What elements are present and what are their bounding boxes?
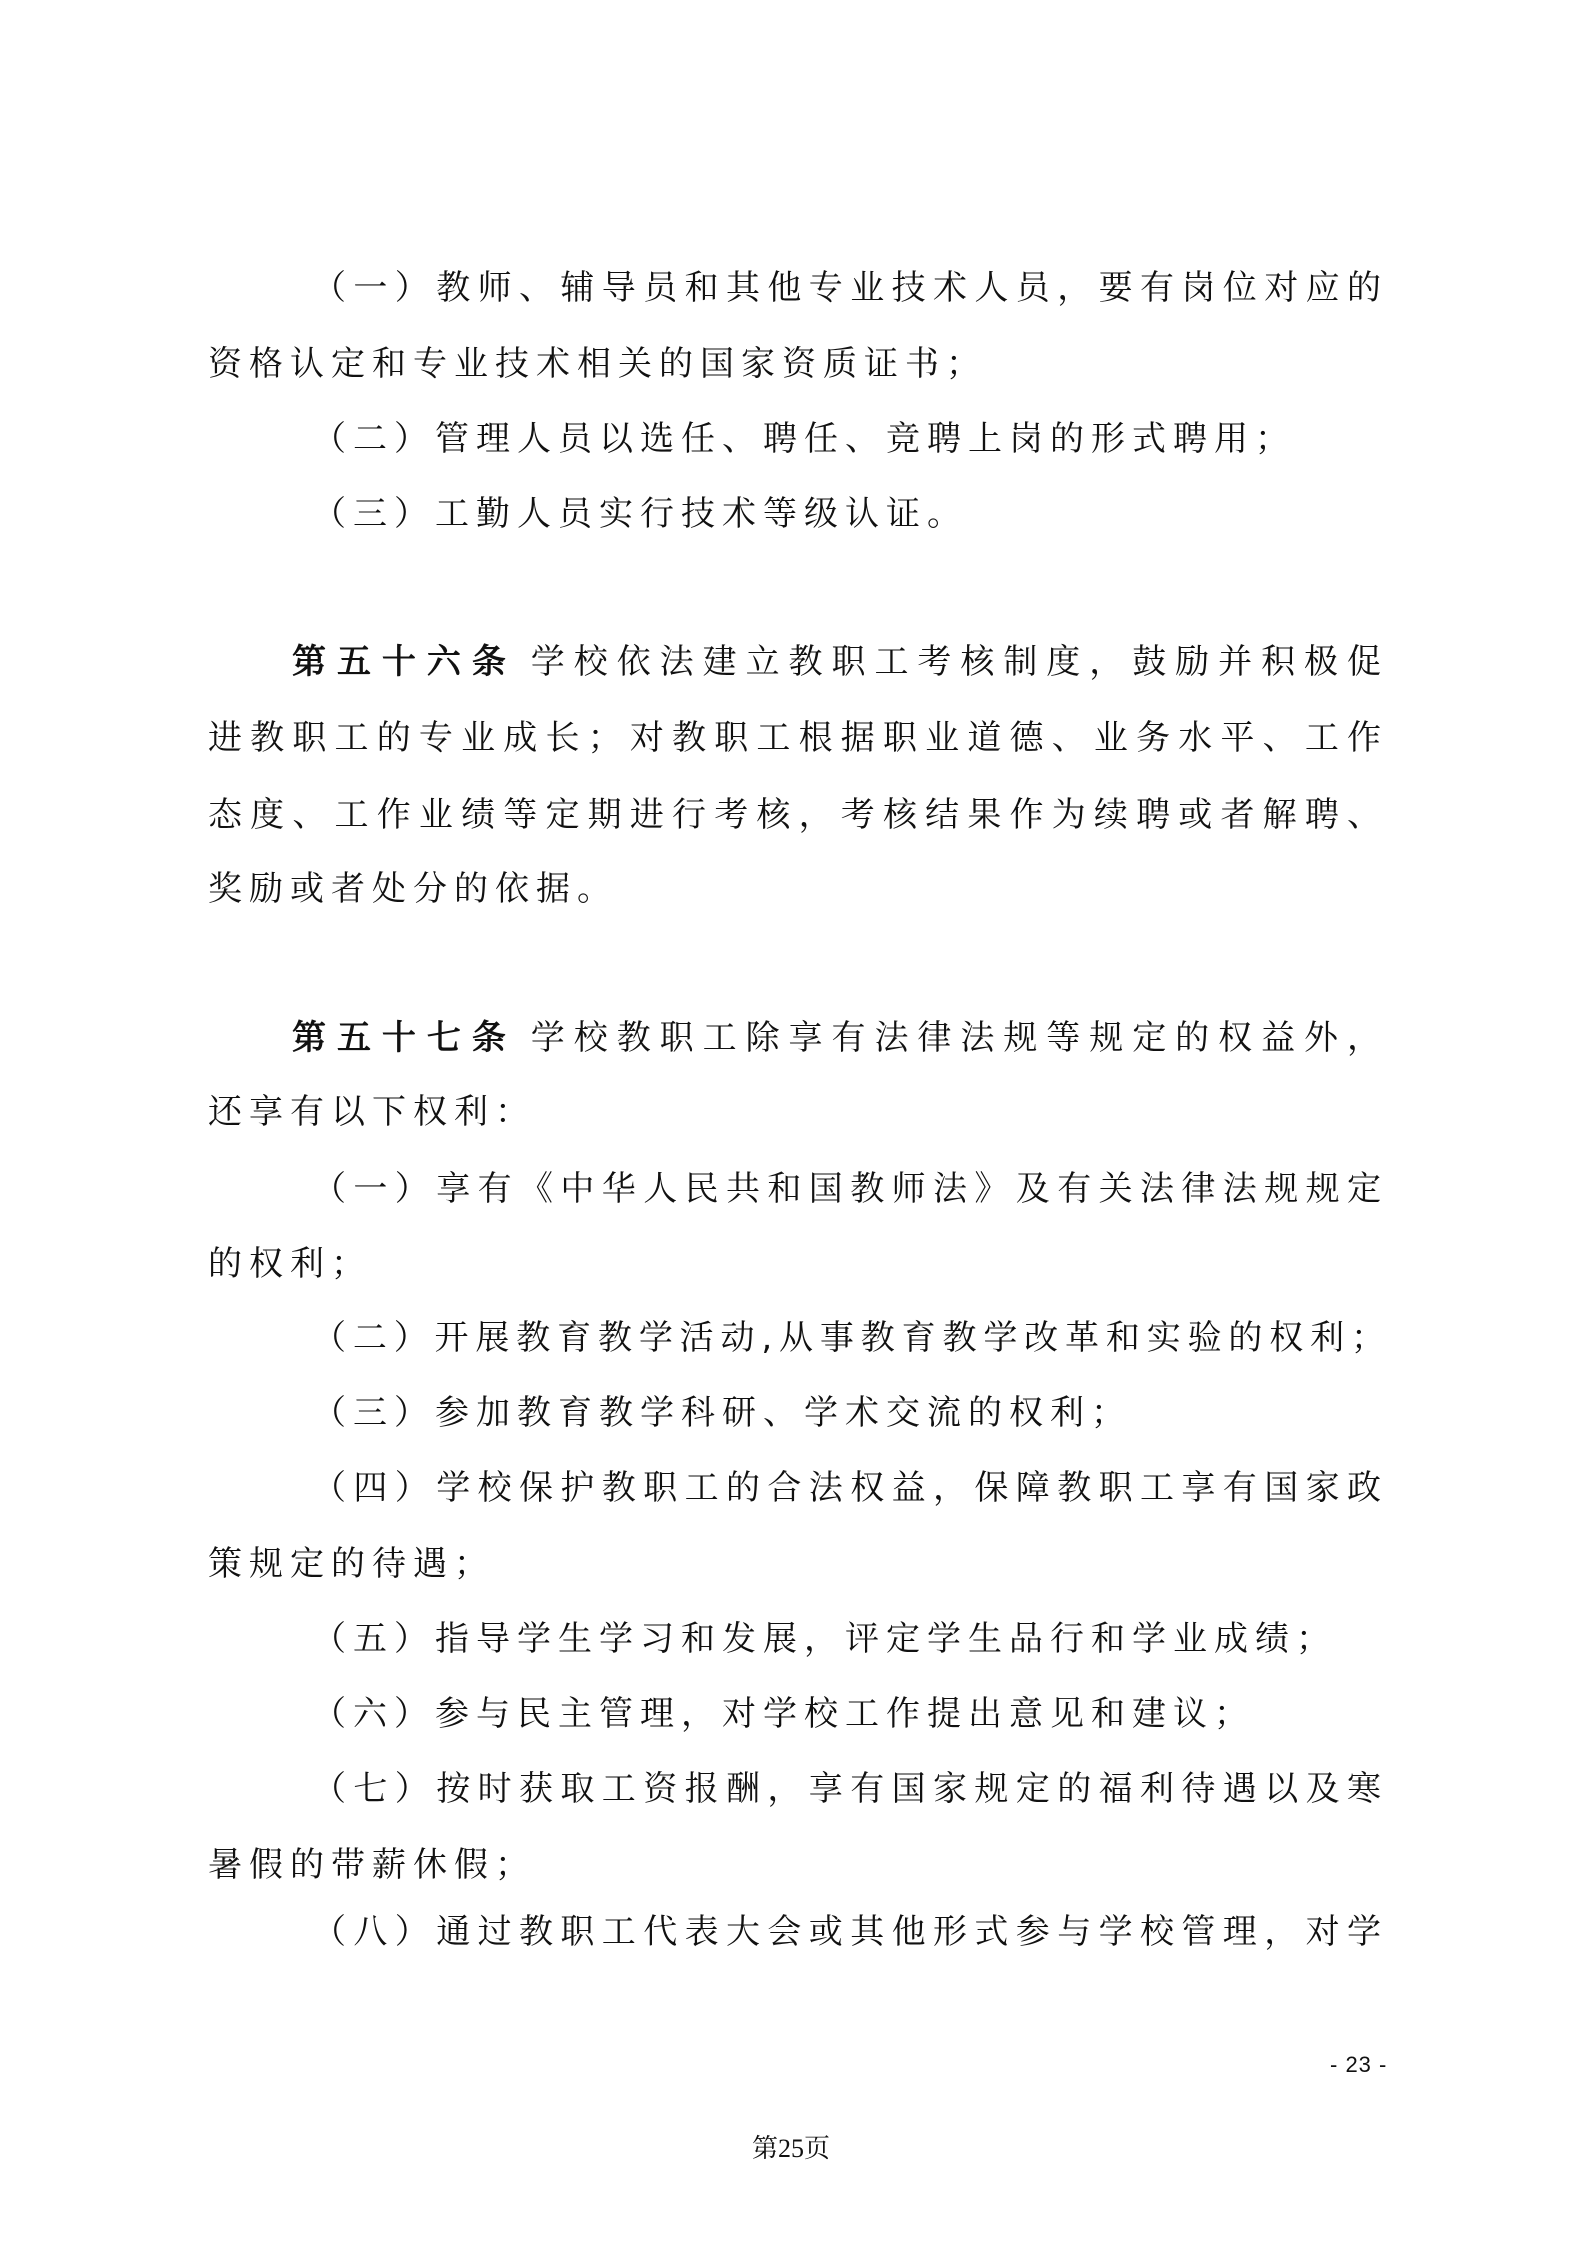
article-57-item-7-line-1: （七）按时获取工资报酬，享有国家规定的福利待遇以及寒 (312, 1759, 1388, 1819)
article-57-item-1-line-1: （一）享有《中华人民共和国教师法》及有关法律法规规定 (312, 1159, 1388, 1219)
article-56-line-4: 奖励或者处分的依据。 (208, 859, 1388, 919)
list-item-2: （二）管理人员以选任、聘任、竞聘上岗的形式聘用； (312, 409, 1388, 469)
article-57-item-4-line-1: （四）学校保护教职工的合法权益，保障教职工享有国家政 (312, 1458, 1388, 1518)
article-57-item-4-line-2: 策规定的待遇； (208, 1534, 1388, 1594)
page-number: - 23 - (1330, 2052, 1387, 2078)
article-57-text: 学校教职工除享有法律法规等规定的权益外， (531, 1018, 1388, 1058)
article-57-item-3: （三）参加教育教学科研、学术交流的权利； (312, 1383, 1388, 1443)
list-item-3: （三）工勤人员实行技术等级认证。 (312, 484, 1388, 544)
article-56-text: 学校依法建立教职工考核制度，鼓励并积极促 (531, 642, 1388, 682)
article-56-first-line: 第五十六条学校依法建立教职工考核制度，鼓励并积极促 (292, 632, 1388, 692)
list-item-1-line-1: （一）教师、辅导员和其他专业技术人员，要有岗位对应的 (312, 258, 1388, 318)
article-57-title: 第五十七条 (292, 1018, 517, 1058)
article-56-line-2: 进教职工的专业成长；对教职工根据职业道德、业务水平、工作 (208, 708, 1388, 768)
article-56-line-3: 态度、工作业绩等定期进行考核，考核结果作为续聘或者解聘、 (208, 785, 1388, 845)
article-57-line-2: 还享有以下权利： (208, 1082, 1388, 1142)
article-57-item-1-line-2: 的权利； (208, 1234, 1388, 1294)
article-56-title: 第五十六条 (292, 642, 517, 682)
article-57-item-5: （五）指导学生学习和发展，评定学生品行和学业成绩； (312, 1609, 1388, 1669)
article-57-item-7-line-2: 暑假的带薪休假； (208, 1835, 1388, 1895)
article-57-item-2: （二）开展教育教学活动,从事教育教学改革和实验的权利； (312, 1308, 1388, 1368)
article-57-item-6: （六）参与民主管理，对学校工作提出意见和建议； (312, 1684, 1388, 1744)
page-footer: 第25页 (752, 2128, 830, 2165)
document-page: （一）教师、辅导员和其他专业技术人员，要有岗位对应的 资格认定和专业技术相关的国… (0, 0, 1587, 2245)
article-57-first-line: 第五十七条学校教职工除享有法律法规等规定的权益外， (292, 1008, 1388, 1068)
list-item-1-line-2: 资格认定和专业技术相关的国家资质证书； (208, 334, 1388, 394)
article-57-item-8-line-1: （八）通过教职工代表大会或其他形式参与学校管理，对学 (312, 1902, 1388, 1962)
